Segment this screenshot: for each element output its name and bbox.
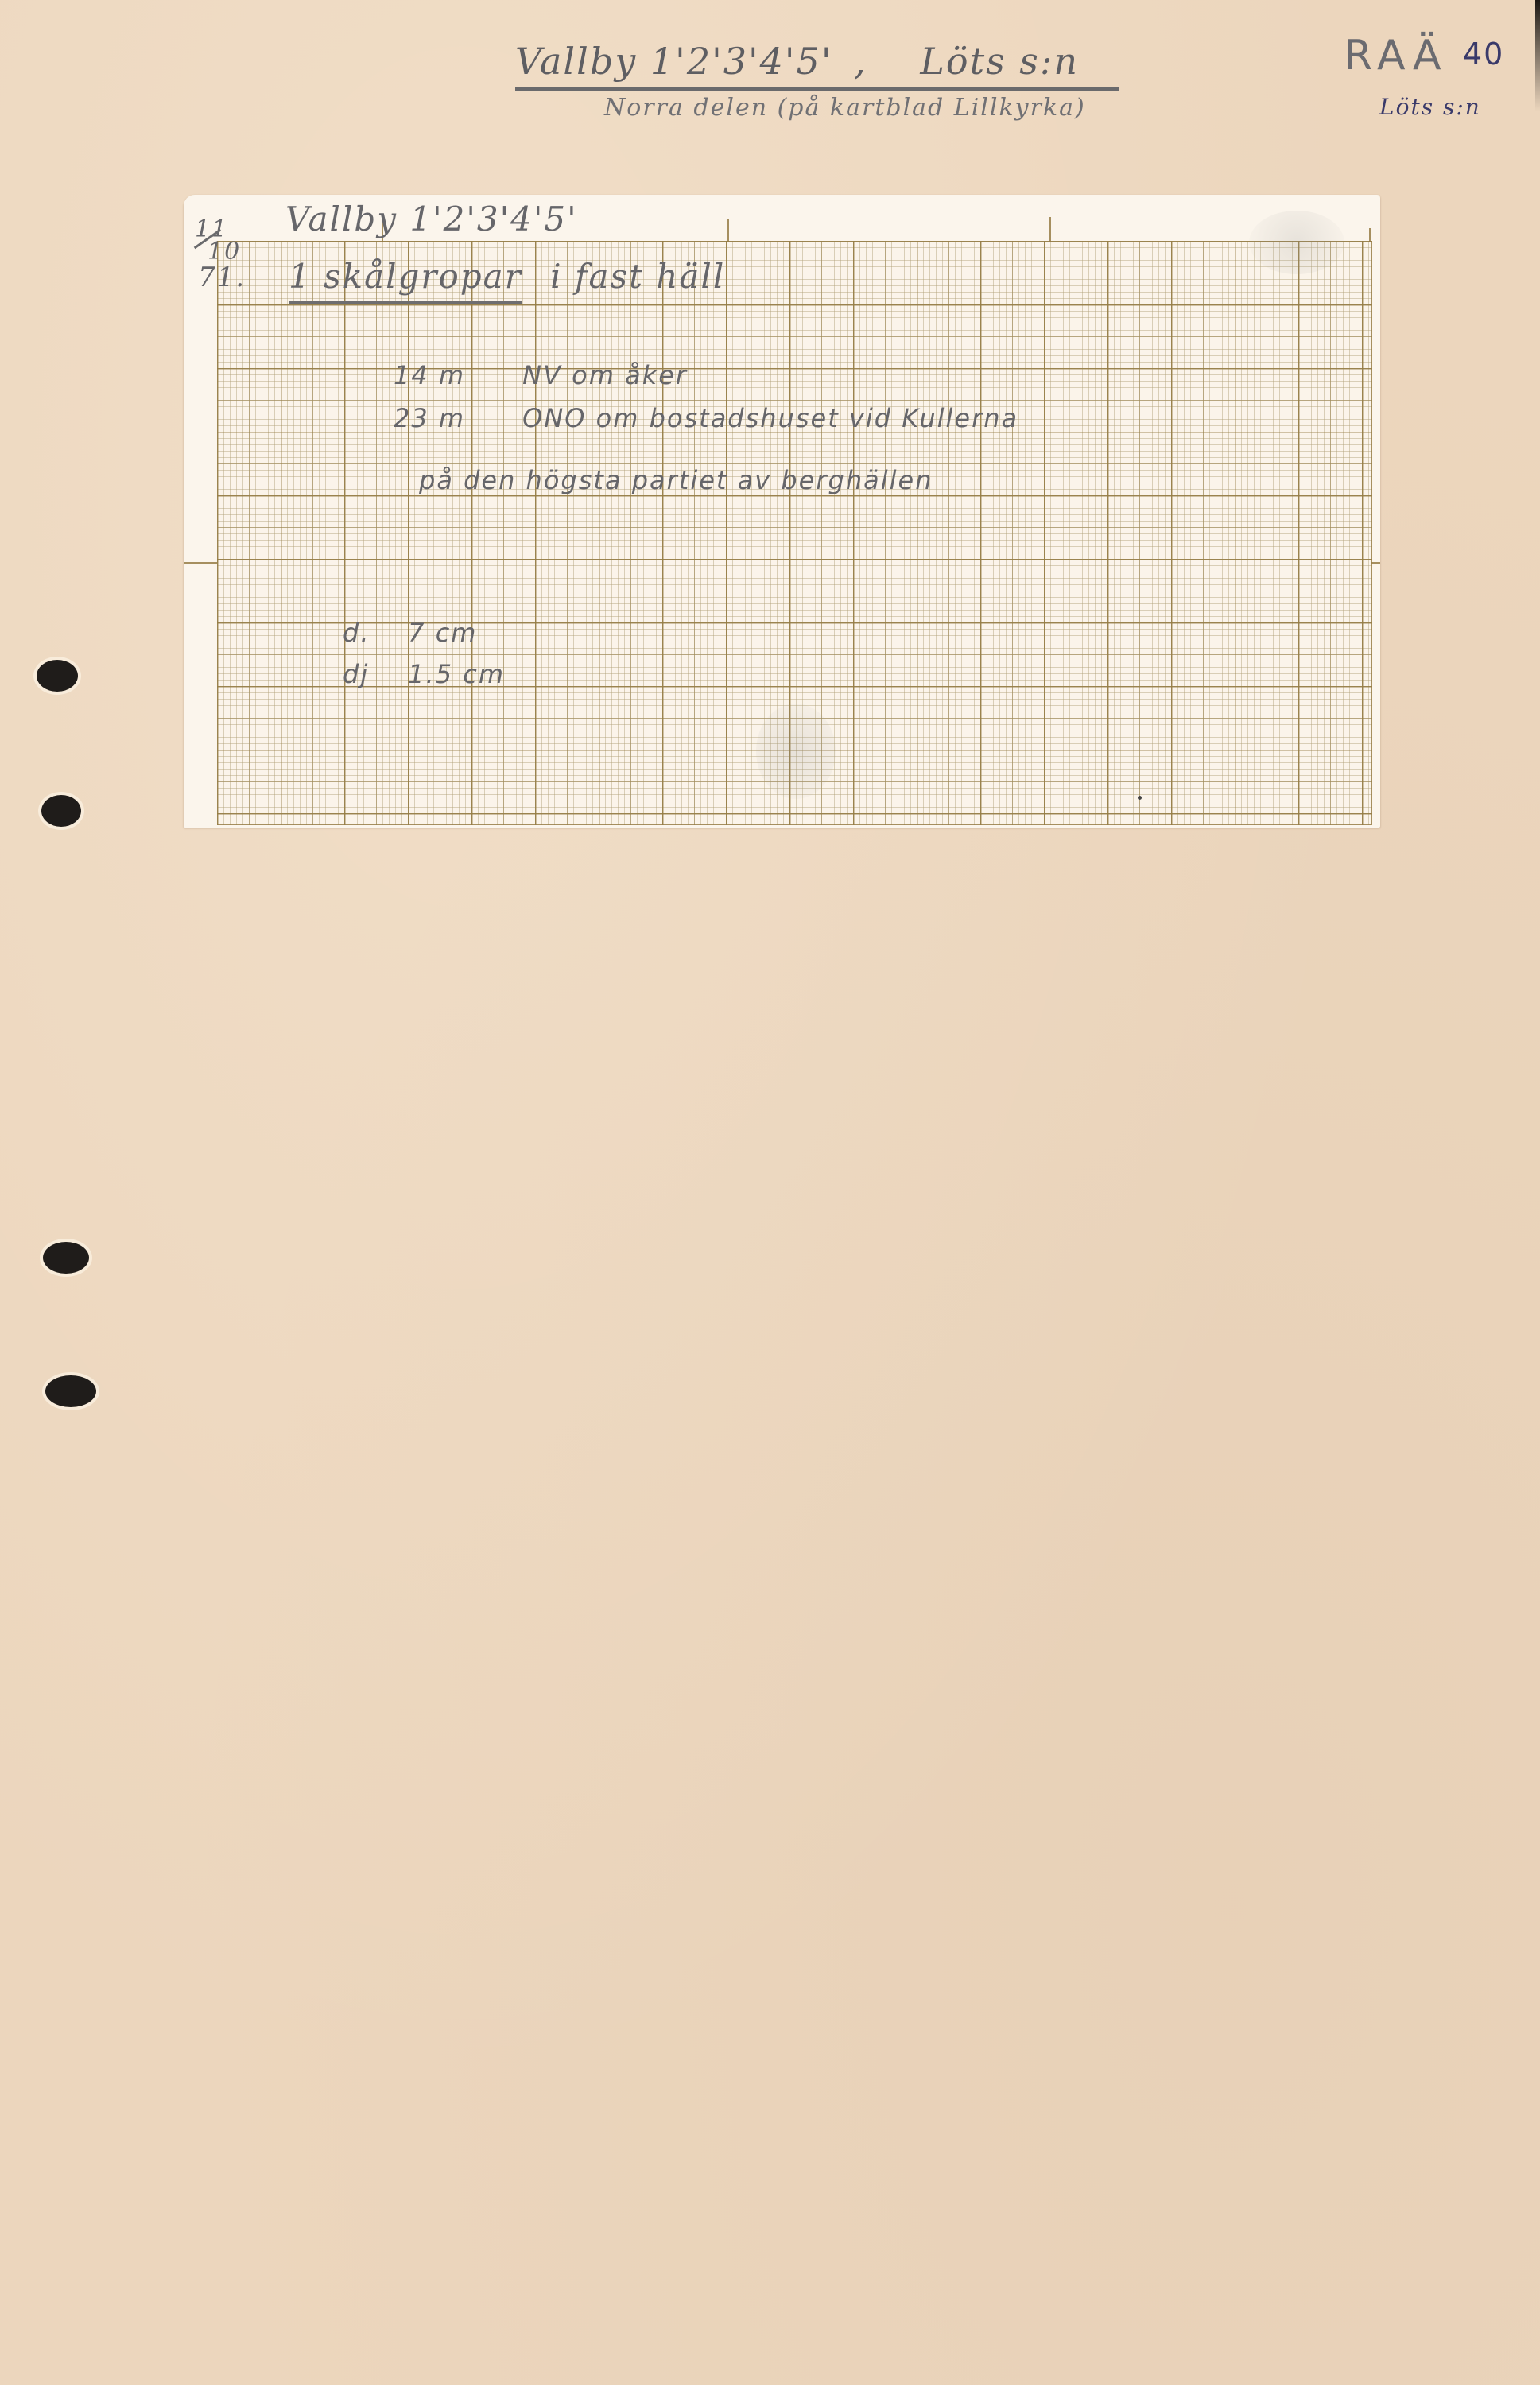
grid-tick: [1049, 217, 1051, 242]
scan-edge-shadow: [1535, 0, 1540, 111]
location-line-3: på den högsta partiet av berghällen: [419, 465, 933, 495]
card-date-denominator: 10: [208, 241, 241, 263]
grid-tick: [1369, 228, 1371, 242]
smudge: [1249, 211, 1344, 274]
card-heading-underlined: 1 skålgropar: [289, 257, 522, 304]
location-line-1: 14 m NV om åker: [394, 360, 688, 390]
location-text: NV om åker: [522, 360, 688, 390]
location-text: på den högsta partiet av berghällen: [419, 465, 933, 495]
smudge: [756, 704, 836, 799]
location-text: ONO om bostadshuset vid Kullerna: [522, 403, 1018, 433]
sheet-title: Vallby 1'2'3'4'5' , Löts s:n: [515, 40, 1119, 91]
measurement-diameter: d. 7 cm: [343, 618, 477, 648]
measurement-key: dj: [343, 659, 398, 689]
sheet-title-site: Vallby 1'2'3'4'5': [515, 40, 832, 83]
card-date: 11 10: [195, 219, 241, 263]
card-heading-rest: i fast häll: [550, 257, 725, 296]
grid-tick: [727, 219, 729, 242]
sheet-title-separator: ,: [854, 40, 867, 83]
archive-sheet: Vallby 1'2'3'4'5' , Löts s:n Norra delen…: [0, 0, 1540, 2385]
index-card: Vallby 1'2'3'4'5' 11 10 71. 1 skålgropar…: [184, 195, 1380, 828]
sheet-title-parish: Löts s:n: [920, 40, 1079, 83]
archive-number: 40: [1463, 37, 1504, 72]
pencil-dot: [1138, 796, 1142, 800]
location-distance: 23 m: [394, 403, 513, 433]
punch-hole-3: [43, 1242, 89, 1274]
grid-tick: [184, 562, 217, 564]
measurement-depth: dj 1.5 cm: [343, 659, 505, 689]
punch-hole-2: [41, 795, 81, 827]
measurement-value: 1.5 cm: [408, 659, 505, 689]
location-distance: 14 m: [394, 360, 513, 390]
measurement-key: d.: [343, 618, 398, 648]
measurement-value: 7 cm: [408, 618, 477, 648]
punch-hole-4: [45, 1375, 96, 1407]
sheet-subtitle: Norra delen (på kartblad Lillkyrka): [604, 94, 1086, 122]
card-entry-number: 71.: [198, 262, 246, 293]
card-title: Vallby 1'2'3'4'5': [285, 200, 578, 238]
location-line-2: 23 m ONO om bostadshuset vid Kullerna: [394, 403, 1018, 433]
archive-parish: Löts s:n: [1379, 94, 1481, 120]
grid-tick: [1371, 562, 1380, 564]
archive-label: RAÄ: [1344, 32, 1448, 79]
card-heading: 1 skålgropar i fast häll: [289, 257, 725, 296]
punch-hole-1: [37, 660, 78, 692]
